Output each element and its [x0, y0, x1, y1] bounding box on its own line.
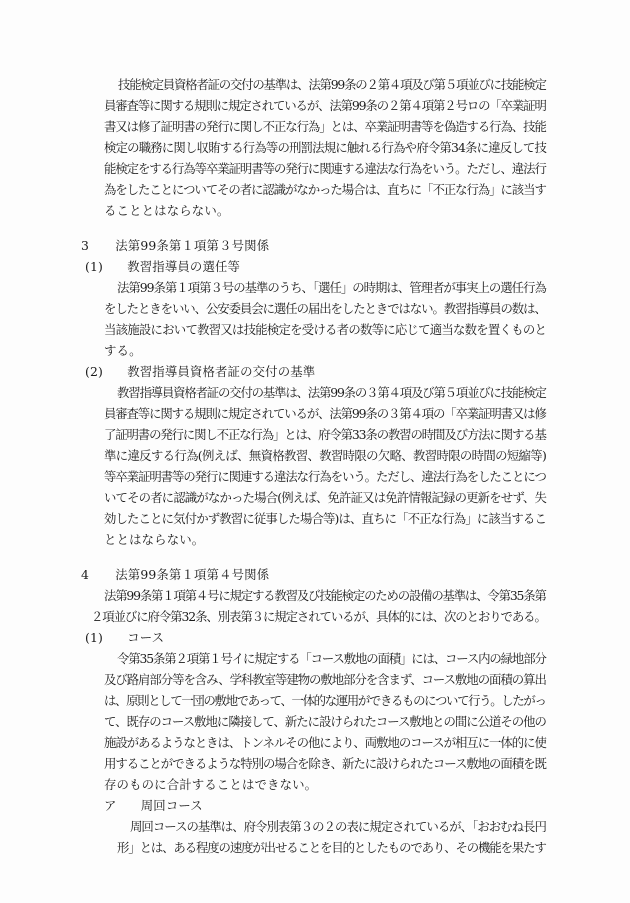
section-number: 3 — [81, 238, 89, 253]
paragraph-line: て、既存のコース敷地に隣接して、新たに設けられたコース敷地との間に公道その他の — [104, 711, 547, 732]
paragraph-line: 検定の職務に関し収賄する行為等の刑罰法規に触れる行為や府令第34条に違反して技 — [104, 137, 547, 158]
paragraph-line: 効したことに気付かず教習に従事した場合等)は、直ちに「不正な行為」に該当するこ — [104, 508, 547, 529]
paragraph-line: 令第35条第２項第１号イに規定する「コース敷地の面積」には、コース内の緑地部分 — [117, 648, 547, 669]
paragraph-line: 能検定をする行為等卒業証明書等の発行に関連する違法な行為をいう。ただし、違法行 — [104, 158, 547, 179]
subsection-heading: (1) コース — [85, 627, 164, 648]
subsection-heading: (2) 教習指導員資格者証の交付の基準 — [85, 361, 315, 382]
paragraph-line: 教習指導員資格者証の交付の基準は、法第99条の３第４項及び第５項並びに技能検定 — [117, 382, 547, 403]
subitem-heading: ア 周回コース — [104, 795, 203, 816]
paragraph-line: 法第99条第１項第４号に規定する教習及び技能検定のための設備の基準は、令第35条… — [104, 585, 547, 606]
section-heading: 4 法第99条第１項第４号関係 — [81, 564, 269, 585]
subsection-title: 教習指導員資格者証の交付の基準 — [127, 364, 315, 379]
subitem-number: ア — [104, 798, 117, 813]
paragraph-line: 存のものに合計することはできない。 — [104, 774, 317, 795]
subsection-number: (2) — [85, 364, 103, 379]
paragraph-line: は、原則として一団の敷地であって、一体的な運用ができるものについて行う。したがっ — [104, 690, 547, 711]
paragraph-line: する。 — [104, 340, 142, 361]
paragraph-line: ととはならない。 — [104, 529, 204, 550]
subsection-number: (1) — [85, 259, 103, 274]
subsection-title: コース — [127, 630, 164, 645]
subsection-title: 教習指導員の選任等 — [127, 259, 240, 274]
section-title: 法第99条第１項第４号関係 — [115, 567, 269, 582]
subsection-number: (1) — [85, 630, 103, 645]
paragraph-line: 準に違反する行為(例えば、無資格教習、教習時限の欠略、教習時限の時間の短縮等) — [104, 445, 547, 466]
paragraph-line: をしたときをいい、公安委員会に選任の届出をしたときではない。教習指導員の数は、 — [104, 298, 547, 319]
section-heading: 3 法第99条第１項第３号関係 — [81, 235, 269, 256]
paragraph-line: 書又は修了証明書の発行に関し不正な行為」とは、卒業証明書等を偽造する行為、技能 — [104, 116, 547, 137]
paragraph-line: 当該施設において教習又は技能検定を受ける者の数等に応じて適当な数を置くものと — [104, 319, 547, 340]
paragraph-line: いてその者に認識がなかった場合(例えば、免許証又は免許情報記録の更新をせず、失 — [104, 487, 547, 508]
paragraph-line: 等卒業証明書等の発行に関連する違法な行為をいう。ただし、違法行為をしたことにつ — [104, 466, 547, 487]
document-page: 技能検定員資格者証の交付の基準は、法第99条の２第４項及び第５項並びに技能検定 … — [0, 0, 630, 903]
section-title: 法第99条第１項第３号関係 — [115, 238, 269, 253]
subsection-heading: (1) 教習指導員の選任等 — [85, 256, 240, 277]
paragraph-line: 法第99条第１項第３号の基準のうち、「選任」の時期は、管理者が事実上の選任行為 — [117, 277, 547, 298]
paragraph-line: 為をしたことについてその者に認識がなかった場合は、直ちに「不正な行為」に該当す — [104, 179, 547, 200]
paragraph-line: 用することができるような特別の場合を除き、新たに設けられたコース敷地の面積を既 — [104, 753, 547, 774]
paragraph-line: ることとはならない。 — [104, 200, 547, 221]
paragraph-line: ２項並びに府令第32条、別表第３に規定されているが、具体的には、次のとおりである… — [91, 606, 547, 627]
paragraph-line: 了証明書の発行に関し不正な行為」とは、府令第33条の教習の時間及び方法に関する基 — [104, 424, 547, 445]
paragraph-line: 技能検定員資格者証の交付の基準は、法第99条の２第４項及び第５項並びに技能検定 — [118, 74, 547, 95]
section-number: 4 — [81, 567, 89, 582]
subitem-title: 周回コース — [141, 798, 203, 813]
paragraph-line: 周回コースの基準は、府令別表第３の２の表に規定されているが、「おおむね長円 — [130, 816, 547, 837]
paragraph-line: 施設があるようなときは、トンネルその他により、両敷地のコースが相互に一体的に使 — [104, 732, 547, 753]
paragraph-line: 員審査等に関する規則に規定されているが、法第99条の３第４項の「卒業証明書又は修 — [104, 403, 547, 424]
paragraph-line: 員審査等に関する規則に規定されているが、法第99条の２第４項第２号ロの「卒業証明 — [104, 95, 547, 116]
paragraph-line: 形」とは、ある程度の速度が出せることを目的としたものであり、その機能を果たす — [117, 837, 547, 858]
paragraph-line: 及び路肩部分等を含み、学科教室等建物の敷地部分を含まず、コース敷地の面積の算出 — [104, 669, 547, 690]
